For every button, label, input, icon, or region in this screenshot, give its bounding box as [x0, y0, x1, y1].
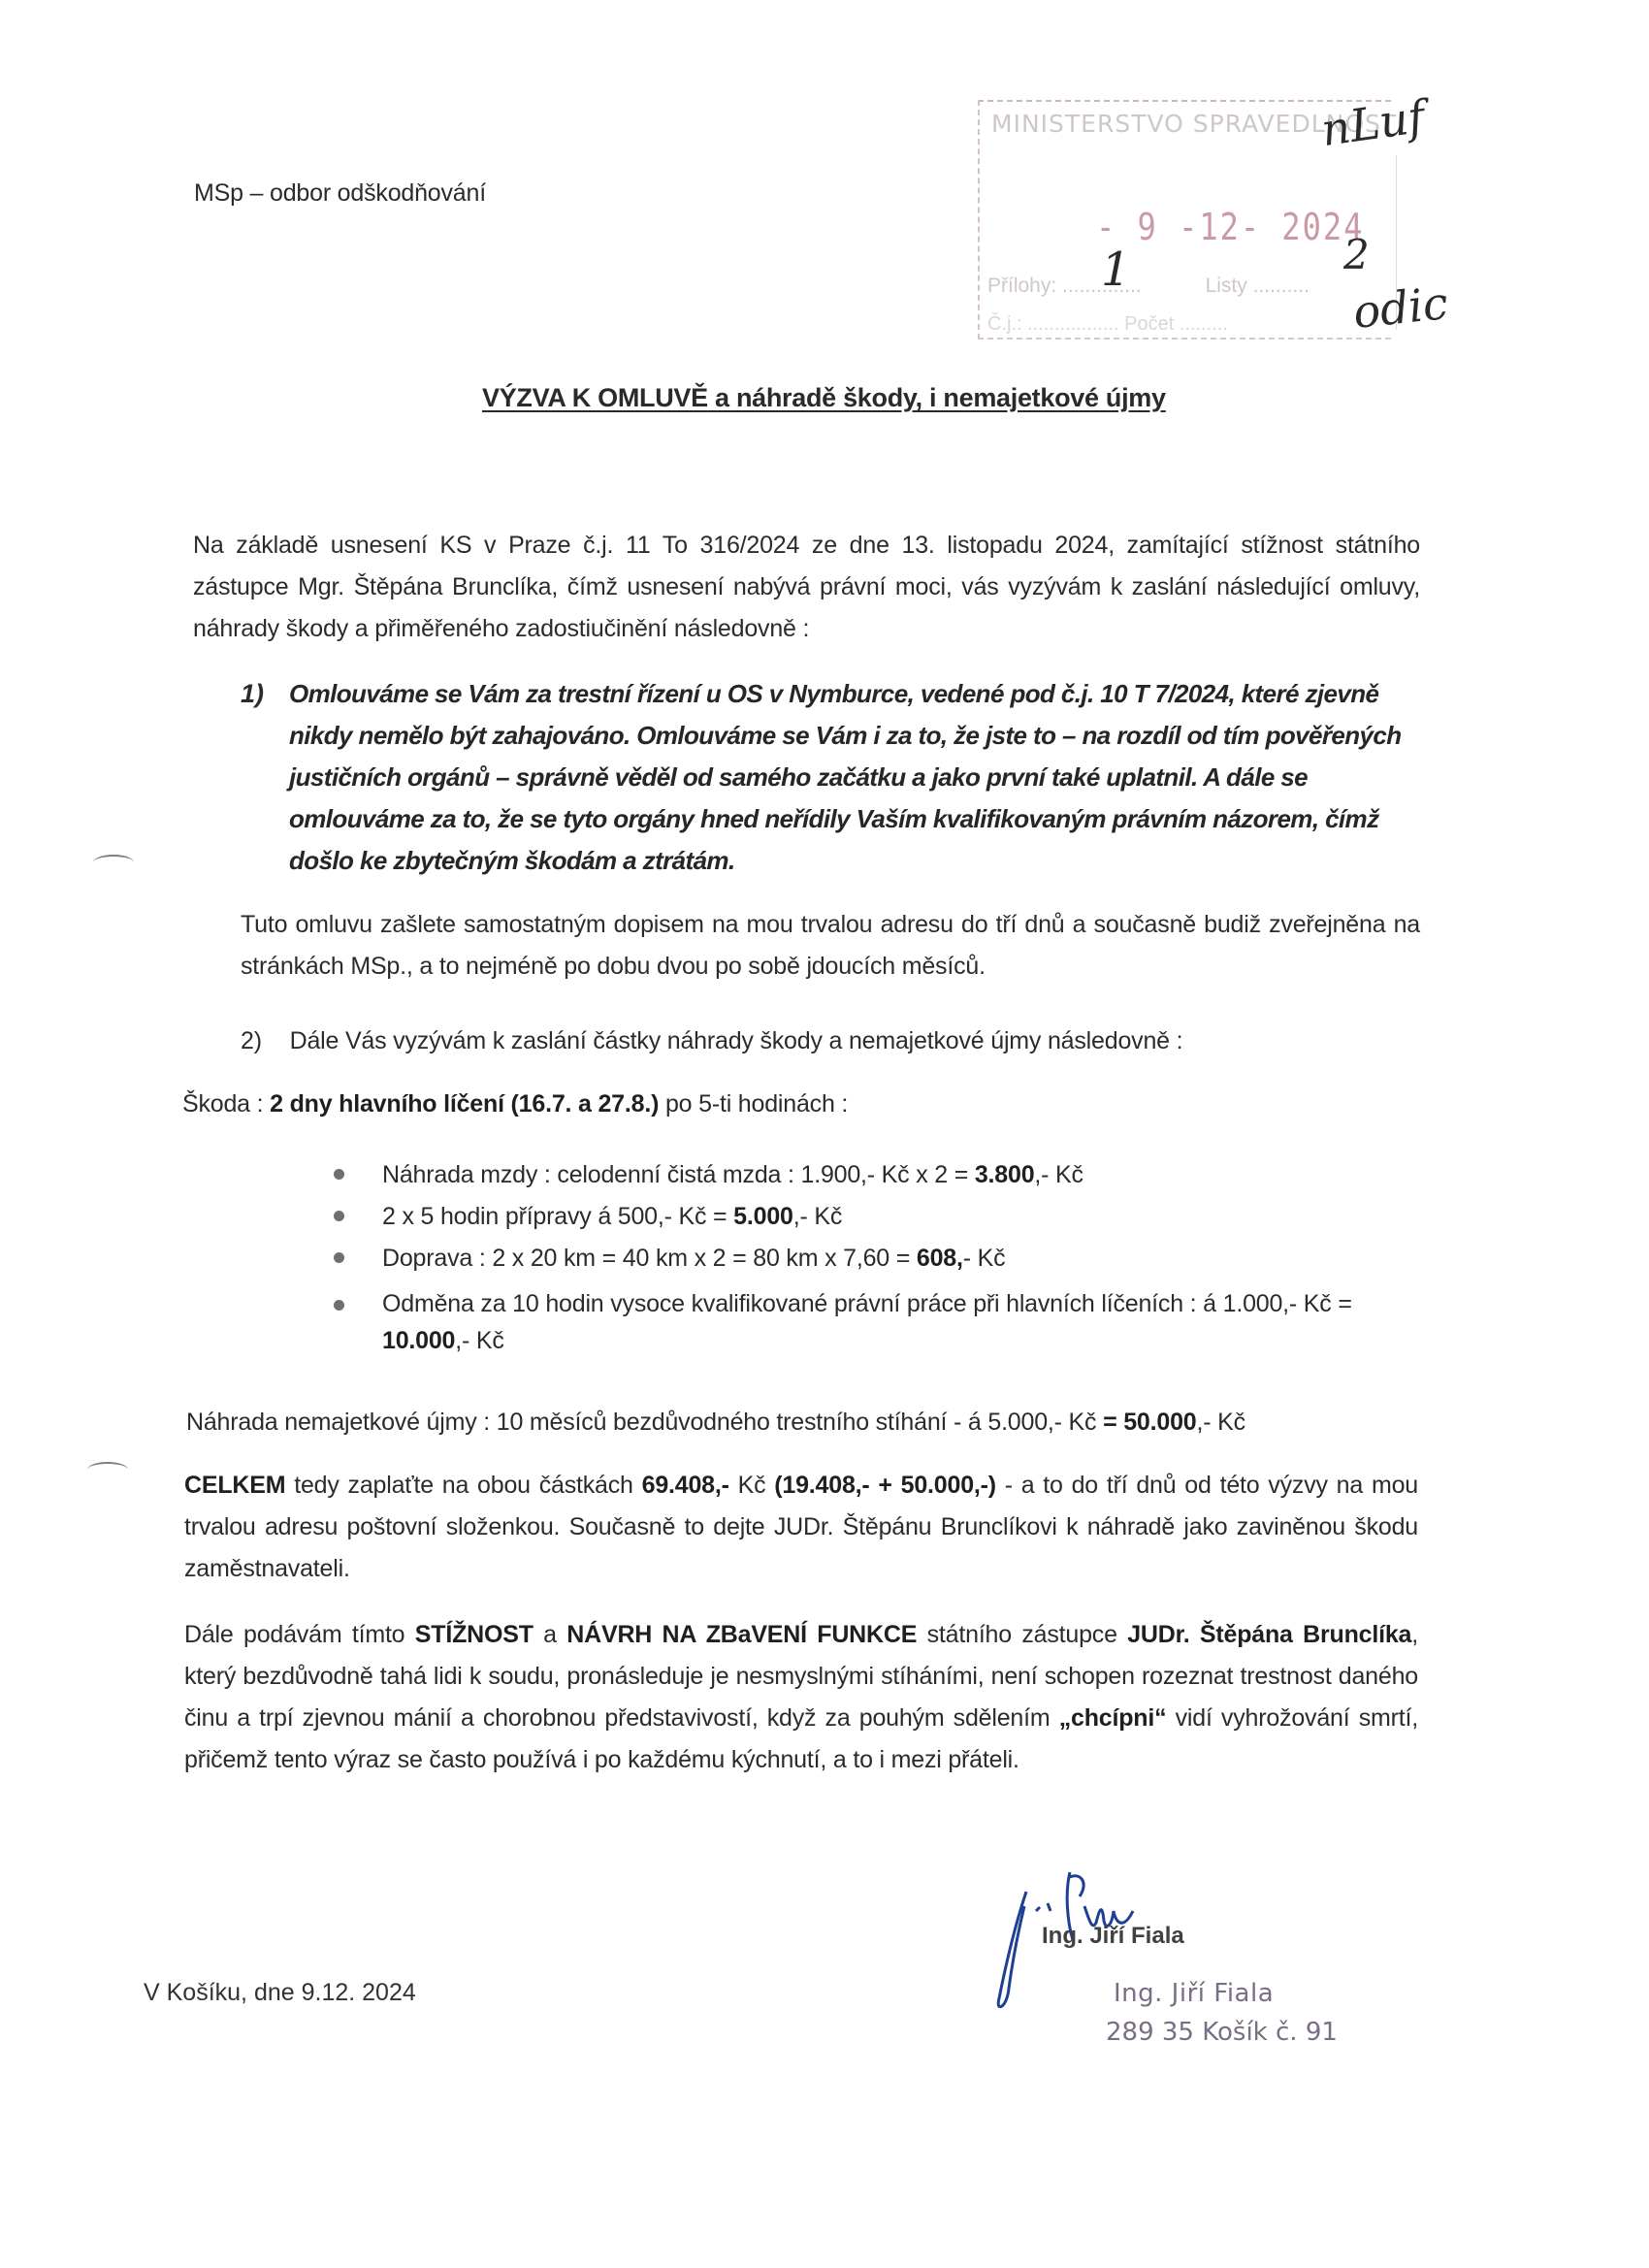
non-pecuniary-damage: Náhrada nemajetkové újmy : 10 měsíců bez… [186, 1402, 1245, 1443]
handwritten-sheets-count: 2 [1343, 231, 1370, 278]
bullet-icon [334, 1300, 344, 1311]
punch-hole-mark [93, 855, 134, 870]
damage-list: Náhrada mzdy : celodenní čistá mzda : 1.… [334, 1154, 1420, 1359]
intro-paragraph: Na základě usnesení KS v Praze č.j. 11 T… [193, 525, 1420, 650]
removal-motion-label: NÁVRH NA ZBaVENÍ FUNKCE [566, 1621, 917, 1648]
item-1-text: Omlouváme se Vám za trestní řízení u OS … [289, 673, 1424, 882]
item-2-number: 2) [241, 1027, 262, 1054]
recipient: MSp – odbor odškodňování [194, 173, 486, 214]
personal-stamp-address: 289 35 Košík č. 91 [1106, 2018, 1338, 2047]
item-1-number: 1) [241, 673, 264, 715]
damage-header: Škoda : 2 dny hlavního líčení (16.7. a 2… [182, 1084, 848, 1125]
complaint-paragraph: Dále podávám tímto STÍŽNOST a NÁVRH NA Z… [184, 1614, 1418, 1781]
damage-label: Škoda : [182, 1090, 270, 1118]
stamp-received-date: - 9 -12- 2024 [1096, 205, 1364, 249]
damage-item: Náhrada mzdy : celodenní čistá mzda : 1.… [334, 1154, 1420, 1196]
place-and-date: V Košíku, dne 9.12. 2024 [144, 1979, 416, 2007]
quoted-word: „chcípni“ [1059, 1704, 1167, 1732]
compensation-item-2: 2) Dále Vás vyzývám k zaslání částky náh… [241, 1021, 1182, 1062]
item-2-text: Dále Vás vyzývám k zaslání částky náhrad… [290, 1027, 1183, 1054]
signatory-name: Ing. Jiří Fiala [1042, 1923, 1184, 1950]
non-pecuniary-amount: = 50.000 [1103, 1409, 1196, 1436]
apology-instructions: Tuto omluvu zašlete samostatným dopisem … [241, 904, 1420, 988]
title-part-1: VÝZVA K OMLUVĚ [482, 383, 708, 412]
damage-item: Doprava : 2 x 20 km = 40 km x 2 = 80 km … [334, 1238, 1420, 1280]
bullet-icon [334, 1211, 344, 1221]
complaint-label: STÍŽNOST [415, 1621, 533, 1648]
damage-hours: po 5-ti hodinách : [659, 1090, 848, 1118]
personal-stamp-name: Ing. Jiří Fiala [1114, 1979, 1274, 2008]
total-paragraph: CELKEM tedy zaplaťte na obou částkách 69… [184, 1465, 1418, 1590]
damage-hearings: 2 dny hlavního líčení (16.7. a 27.8.) [270, 1090, 659, 1118]
stamp-attachments-row: Přílohy: .............. Listy .......... [987, 275, 1309, 298]
punch-hole-mark [87, 1462, 128, 1477]
title-part-2: a náhradě škody, i nemajetkové újmy [708, 383, 1166, 412]
total-breakdown: (19.408,- + 50.000,-) [774, 1472, 996, 1499]
handwritten-note-bottom: odic [1350, 276, 1450, 339]
handwritten-attachments-count: 1 [1101, 243, 1131, 297]
stamp-sheets-label: Listy .......... [1206, 275, 1309, 297]
stamp-ref-row: Č.j.: ................. Počet ......... [987, 313, 1228, 336]
damage-item: 2 x 5 hodin přípravy á 500,- Kč = 5.000,… [334, 1196, 1420, 1238]
bullet-icon [334, 1169, 344, 1180]
prosecutor-name: JUDr. Štěpána Brunclíka [1127, 1621, 1411, 1648]
bullet-icon [334, 1252, 344, 1263]
document-title: VÝZVA K OMLUVĚ a náhradě škody, i nemaje… [482, 383, 1166, 413]
total-amount: 69.408,- [642, 1472, 729, 1499]
total-label: CELKEM [184, 1472, 285, 1499]
damage-item: Odměna za 10 hodin vysoce kvalifikované … [334, 1285, 1420, 1359]
